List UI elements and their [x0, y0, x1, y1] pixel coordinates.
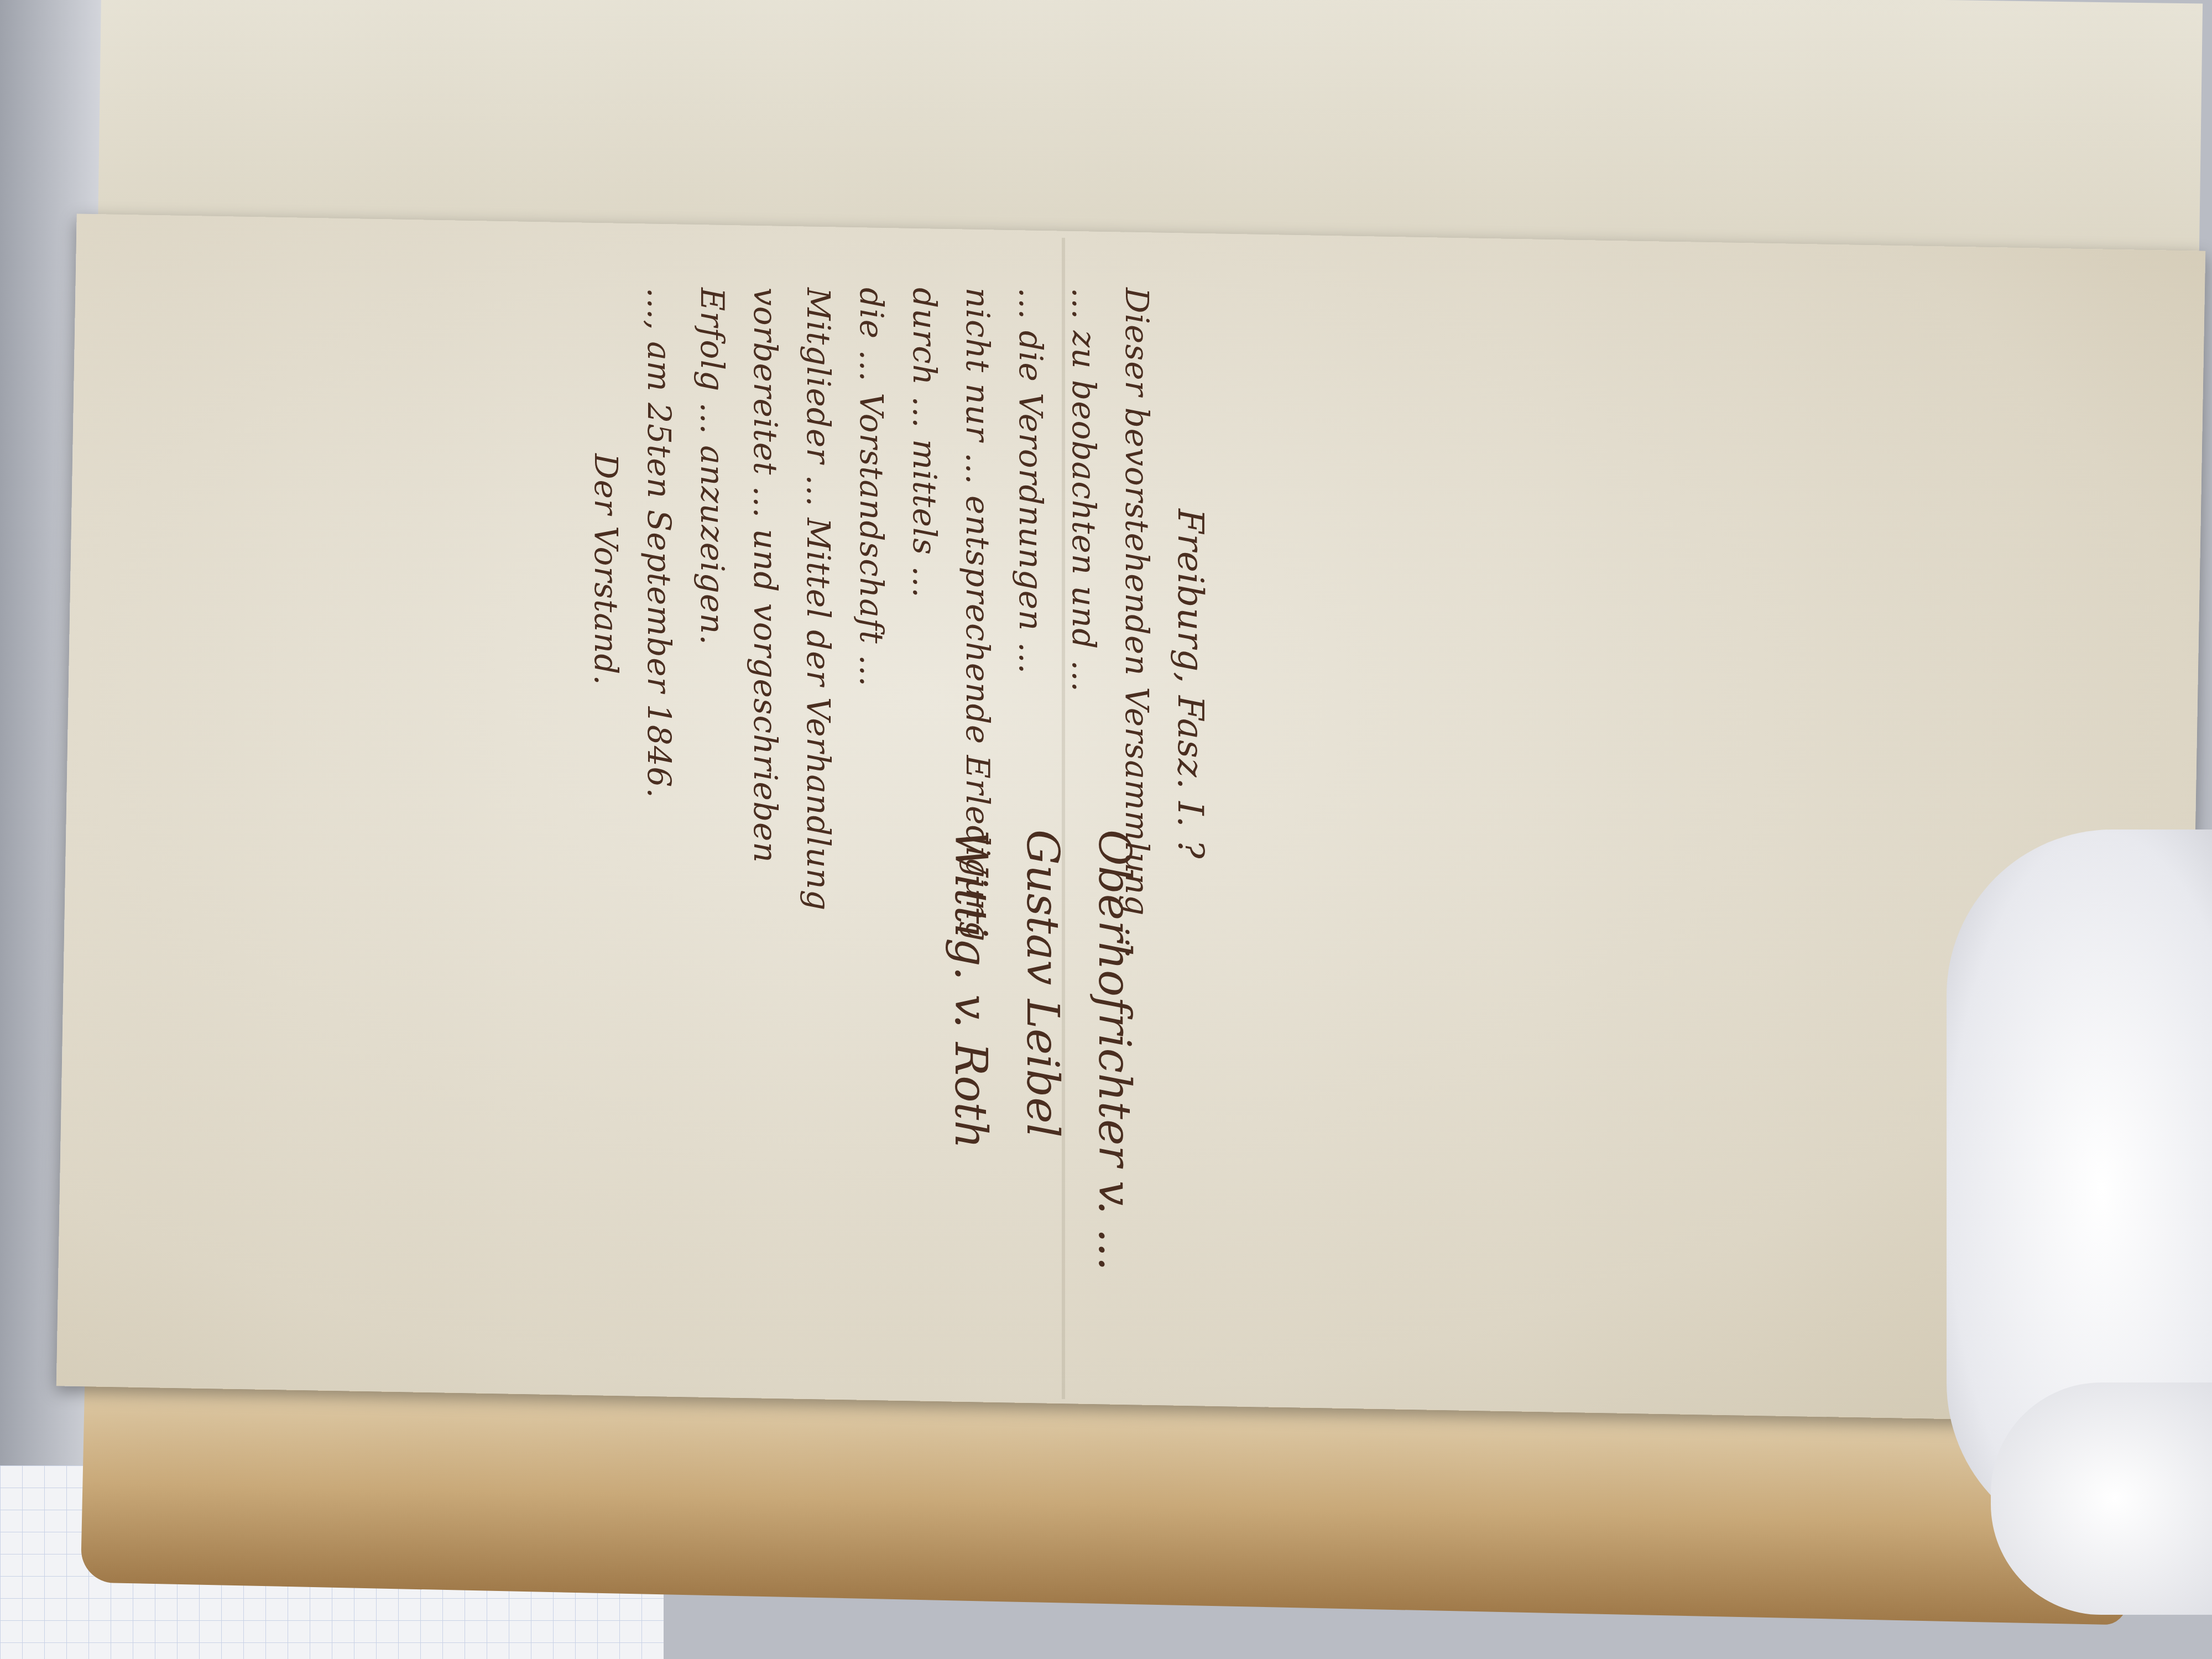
body-line: vorbereitet ... und vorgeschrieben: [739, 288, 792, 1172]
body-line: die ... Vorstandschaft ...: [845, 288, 898, 1172]
body-line: Mitglieder ... Mittel der Verhandlung: [792, 288, 845, 1172]
date-line: ..., am 25ten September 1846.: [633, 288, 686, 1172]
signature: Wittig. v. Roth: [935, 830, 1006, 1271]
letter-heading: Freiburg, Fasz. I. ?: [1164, 288, 1217, 1172]
signature: Gustav Leibel: [1006, 830, 1078, 1271]
signature-block: Oberhofrichter v. ... Gustav Leibel Witt…: [935, 830, 1150, 1271]
white-glove-thumb: [1991, 1383, 2212, 1615]
signature: Oberhofrichter v. ...: [1078, 830, 1150, 1271]
body-line: Erfolg ... anzuzeigen.: [686, 288, 739, 1172]
closing-line: Der Vorstand.: [580, 288, 633, 1172]
